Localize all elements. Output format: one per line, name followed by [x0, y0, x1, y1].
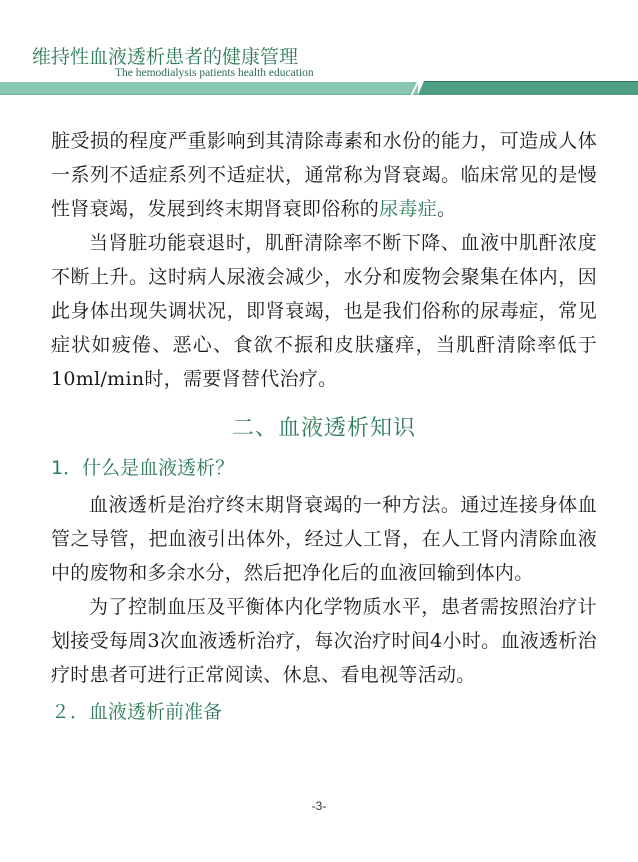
paragraph-text: 脏受损的程度严重影响到其清除毒素和水份的能力，可造成人体一系列不适症系列不适症状…: [51, 130, 597, 220]
subsection-title-preparation: ２．血液透析前准备: [51, 696, 597, 728]
paragraph-kidney-failure: 脏受损的程度严重影响到其清除毒素和水份的能力，可造成人体一系列不适症系列不适症状…: [51, 124, 597, 226]
page-content: 脏受损的程度严重影响到其清除毒素和水份的能力，可造成人体一系列不适症系列不适症状…: [51, 124, 597, 732]
subsection-title-what-is-hemodialysis: 1．什么是血液透析？: [51, 452, 597, 484]
header-subtitle: The hemodialysis patients health educati…: [115, 66, 314, 80]
page-number: -3-: [0, 799, 638, 813]
header-band-light: [0, 82, 418, 95]
header-band: [0, 81, 638, 95]
highlight-term: 尿毒症: [379, 198, 437, 220]
section-title: 二、血液透析知识: [51, 412, 597, 446]
paragraph-creatinine: 当肾脏功能衰退时，肌酐清除率不断下降、血液中肌酐浓度不断上升。这时病人尿液会减少…: [51, 226, 597, 396]
header-band-dark: [418, 81, 638, 95]
paragraph-hemodialysis-definition: 血液透析是治疗终末期肾衰竭的一种方法。通过连接身体血管之导管，把血液引出体外，经…: [51, 488, 597, 590]
paragraph-treatment-schedule: 为了控制血压及平衡体内化学物质水平，患者需按照治疗计划接受每周3次血液透析治疗，…: [51, 590, 597, 692]
header-title: 维持性血液透析患者的健康管理: [32, 46, 298, 68]
paragraph-text: 。: [437, 198, 456, 220]
